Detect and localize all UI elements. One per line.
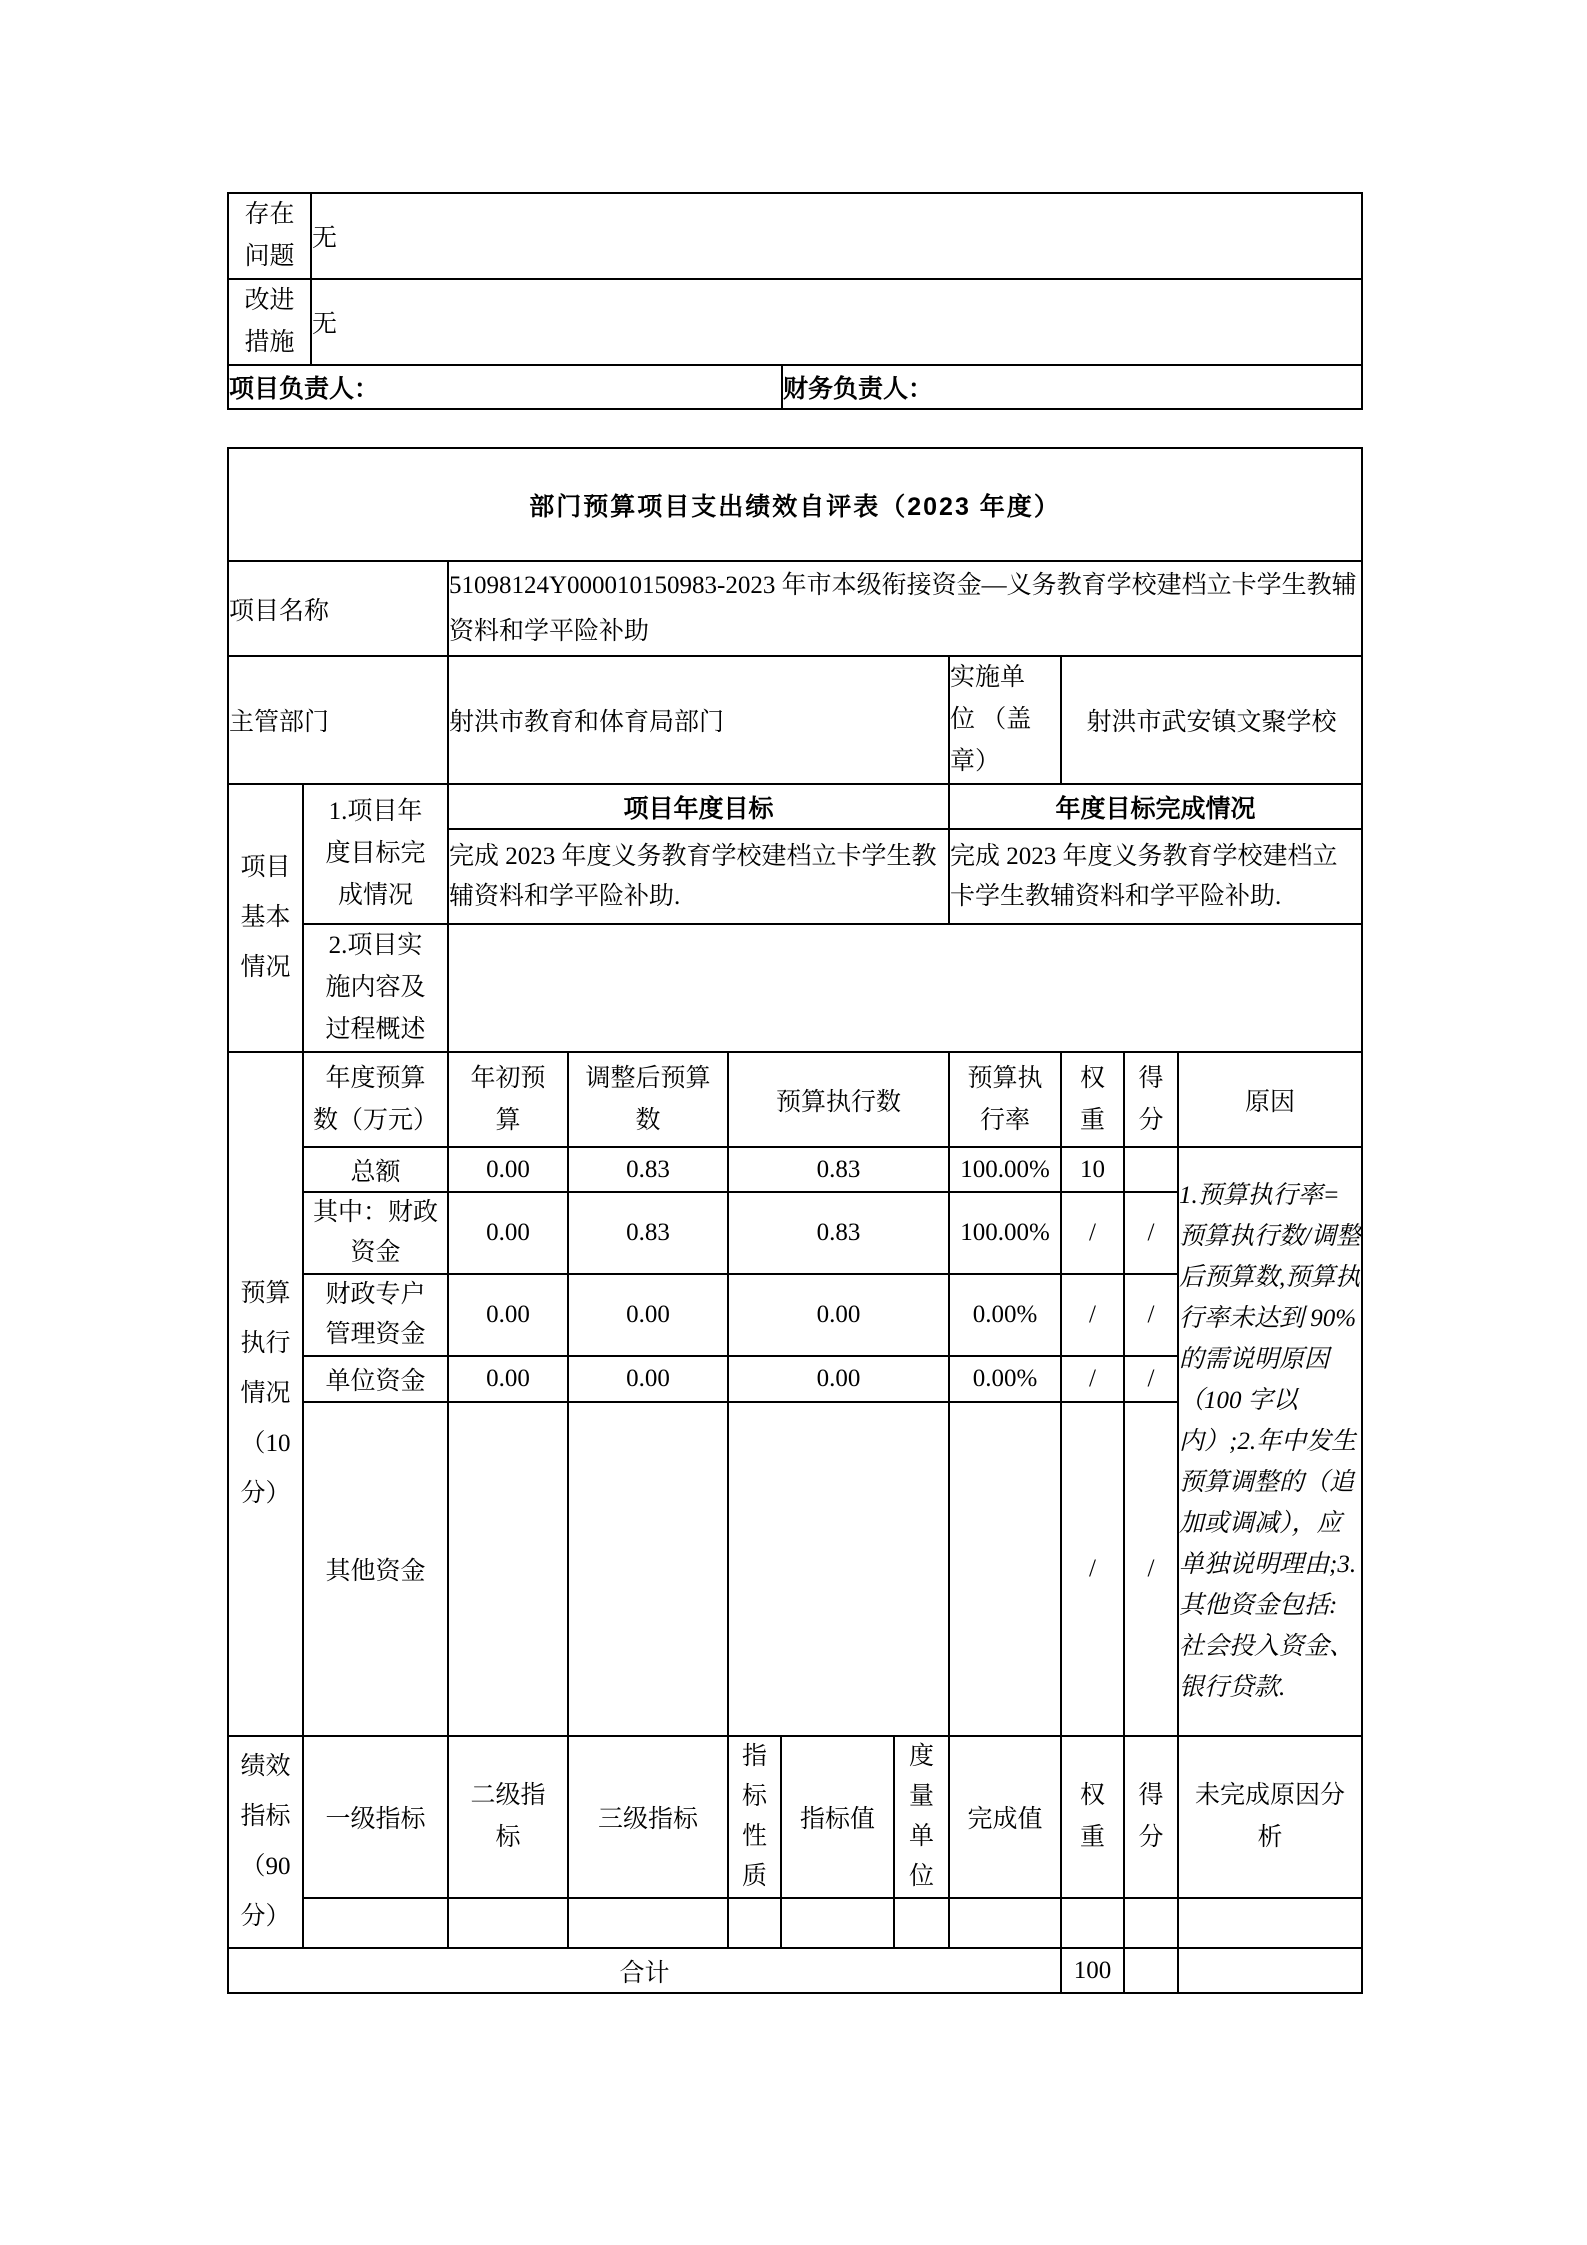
budget-header-category: 年度预算 数（万元） — [303, 1052, 448, 1147]
project-lead-label: 项目负责人： — [228, 365, 782, 409]
budget-fiscal-score: / — [1124, 1192, 1178, 1274]
budget-row-total: 总额 0.00 0.83 0.83 100.00% 10 1.预算执行率=预算执… — [228, 1147, 1362, 1192]
budget-header-reason: 原因 — [1178, 1052, 1362, 1147]
improvements-value: 无 — [311, 279, 1362, 365]
basic-item2-value — [448, 924, 1362, 1052]
budget-fiscal-rate: 100.00% — [949, 1192, 1061, 1274]
self-evaluation-table: 部门预算项目支出绩效自评表（2023 年度） 项目名称 51098124Y000… — [227, 447, 1363, 1994]
perf-header-analysis: 未完成原因分 析 — [1178, 1736, 1362, 1898]
budget-special-initial: 0.00 — [448, 1274, 568, 1356]
budget-special-rate: 0.00% — [949, 1274, 1061, 1356]
budget-header-row: 预算 执行 情况 （10 分） 年度预算 数（万元） 年初预 算 调整后预算 数… — [228, 1052, 1362, 1147]
budget-fiscal-adjusted: 0.83 — [568, 1192, 728, 1274]
perf-empty-score — [1124, 1898, 1178, 1948]
budget-header-score: 得 分 — [1124, 1052, 1178, 1147]
basic-header-row: 项目 基本 情况 1.项目年 度目标完 成情况 项目年度目标 年度目标完成情况 — [228, 784, 1362, 829]
total-weight: 100 — [1061, 1948, 1124, 1993]
budget-special-adjusted: 0.00 — [568, 1274, 728, 1356]
budget-section-label: 预算 执行 情况 （10 分） — [228, 1052, 303, 1736]
issues-value: 无 — [311, 193, 1362, 279]
issues-label: 存在 问题 — [228, 193, 311, 279]
improvements-label: 改进 措施 — [228, 279, 311, 365]
perf-empty-target — [781, 1898, 894, 1948]
perf-empty-level3 — [568, 1898, 728, 1948]
perf-header-weight: 权 重 — [1061, 1736, 1124, 1898]
budget-other-rate — [949, 1402, 1061, 1736]
budget-total-rate: 100.00% — [949, 1147, 1061, 1192]
budget-total-score — [1124, 1147, 1178, 1192]
perf-header-actual: 完成值 — [949, 1736, 1061, 1898]
goal-done-text: 完成 2023 年度义务教育学校建档立卡学生教辅资料和学平险补助. — [949, 829, 1362, 924]
basic-section-label: 项目 基本 情况 — [228, 784, 303, 1052]
budget-other-adjusted — [568, 1402, 728, 1736]
improvements-row: 改进 措施 无 — [228, 279, 1362, 365]
budget-fiscal-label: 其中：财政 资金 — [303, 1192, 448, 1274]
budget-fiscal-executed: 0.83 — [728, 1192, 949, 1274]
perf-header-unit: 度 量 单 位 — [894, 1736, 949, 1898]
budget-other-weight: / — [1061, 1402, 1124, 1736]
perf-header-level2: 二级指 标 — [448, 1736, 568, 1898]
perf-empty-level2 — [448, 1898, 568, 1948]
budget-special-weight: / — [1061, 1274, 1124, 1356]
budget-header-weight: 权 重 — [1061, 1052, 1124, 1147]
project-name-value: 51098124Y000010150983-2023 年市本级衔接资金—义务教育… — [448, 561, 1362, 656]
department-value: 射洪市教育和体育局部门 — [448, 656, 949, 784]
budget-other-label: 其他资金 — [303, 1402, 448, 1736]
budget-unit-weight: / — [1061, 1356, 1124, 1402]
budget-reason-text: 1.预算执行率=预算执行数/调整后预算数,预算执行率未达到 90%的需说明原因（… — [1178, 1147, 1362, 1736]
summary-table: 存在 问题 无 改进 措施 无 项目负责人： 财务负责人： — [227, 192, 1363, 410]
budget-unit-label: 单位资金 — [303, 1356, 448, 1402]
budget-total-weight: 10 — [1061, 1147, 1124, 1192]
perf-header-score: 得 分 — [1124, 1736, 1178, 1898]
perf-header-target: 指标值 — [781, 1736, 894, 1898]
basic-item2-row: 2.项目实 施内容及 过程概述 — [228, 924, 1362, 1052]
total-score — [1124, 1948, 1178, 1993]
table-title: 部门预算项目支出绩效自评表（2023 年度） — [228, 448, 1362, 561]
budget-total-executed: 0.83 — [728, 1147, 949, 1192]
budget-header-rate: 预算执 行率 — [949, 1052, 1061, 1147]
budget-header-initial: 年初预 算 — [448, 1052, 568, 1147]
budget-total-initial: 0.00 — [448, 1147, 568, 1192]
budget-fiscal-weight: / — [1061, 1192, 1124, 1274]
perf-empty-level1 — [303, 1898, 448, 1948]
basic-item1-label: 1.项目年 度目标完 成情况 — [303, 784, 448, 924]
budget-other-score: / — [1124, 1402, 1178, 1736]
goal-header: 项目年度目标 — [448, 784, 949, 829]
budget-special-executed: 0.00 — [728, 1274, 949, 1356]
impl-unit-value: 射洪市武安镇文聚学校 — [1061, 656, 1362, 784]
goal-text: 完成 2023 年度义务教育学校建档立卡学生教辅资料和学平险补助. — [448, 829, 949, 924]
perf-empty-row — [228, 1898, 1362, 1948]
perf-section-label: 绩效 指标 （90 分） — [228, 1736, 303, 1948]
perf-empty-weight — [1061, 1898, 1124, 1948]
budget-total-adjusted: 0.83 — [568, 1147, 728, 1192]
budget-header-adjusted: 调整后预算 数 — [568, 1052, 728, 1147]
budget-unit-executed: 0.00 — [728, 1356, 949, 1402]
department-label: 主管部门 — [228, 656, 448, 784]
signers-row: 项目负责人： 财务负责人： — [228, 365, 1362, 409]
budget-unit-initial: 0.00 — [448, 1356, 568, 1402]
issues-row: 存在 问题 无 — [228, 193, 1362, 279]
budget-other-initial — [448, 1402, 568, 1736]
department-row: 主管部门 射洪市教育和体育局部门 实施单 位 （盖 章） 射洪市武安镇文聚学校 — [228, 656, 1362, 784]
goal-done-header: 年度目标完成情况 — [949, 784, 1362, 829]
total-label: 合计 — [228, 1948, 1061, 1993]
perf-header-row: 绩效 指标 （90 分） 一级指标 二级指 标 三级指标 指 标 性 质 指标值… — [228, 1736, 1362, 1898]
budget-unit-adjusted: 0.00 — [568, 1356, 728, 1402]
perf-header-nature: 指 标 性 质 — [728, 1736, 781, 1898]
budget-other-executed — [728, 1402, 949, 1736]
total-analysis — [1178, 1948, 1362, 1993]
perf-empty-analysis — [1178, 1898, 1362, 1948]
perf-empty-unit — [894, 1898, 949, 1948]
budget-header-executed: 预算执行数 — [728, 1052, 949, 1147]
perf-header-level1: 一级指标 — [303, 1736, 448, 1898]
document-page: 存在 问题 无 改进 措施 无 项目负责人： 财务负责人： 部门预算项目支出绩效… — [0, 0, 1587, 2245]
budget-special-label: 财政专户 管理资金 — [303, 1274, 448, 1356]
project-name-label: 项目名称 — [228, 561, 448, 656]
perf-header-level3: 三级指标 — [568, 1736, 728, 1898]
project-name-row: 项目名称 51098124Y000010150983-2023 年市本级衔接资金… — [228, 561, 1362, 656]
budget-unit-score: / — [1124, 1356, 1178, 1402]
budget-special-score: / — [1124, 1274, 1178, 1356]
budget-total-label: 总额 — [303, 1147, 448, 1192]
basic-item2-label: 2.项目实 施内容及 过程概述 — [303, 924, 448, 1052]
title-row: 部门预算项目支出绩效自评表（2023 年度） — [228, 448, 1362, 561]
finance-lead-label: 财务负责人： — [782, 365, 1362, 409]
perf-empty-actual — [949, 1898, 1061, 1948]
impl-unit-label: 实施单 位 （盖 章） — [949, 656, 1061, 784]
total-row: 合计 100 — [228, 1948, 1362, 1993]
budget-unit-rate: 0.00% — [949, 1356, 1061, 1402]
budget-fiscal-initial: 0.00 — [448, 1192, 568, 1274]
perf-empty-nature — [728, 1898, 781, 1948]
